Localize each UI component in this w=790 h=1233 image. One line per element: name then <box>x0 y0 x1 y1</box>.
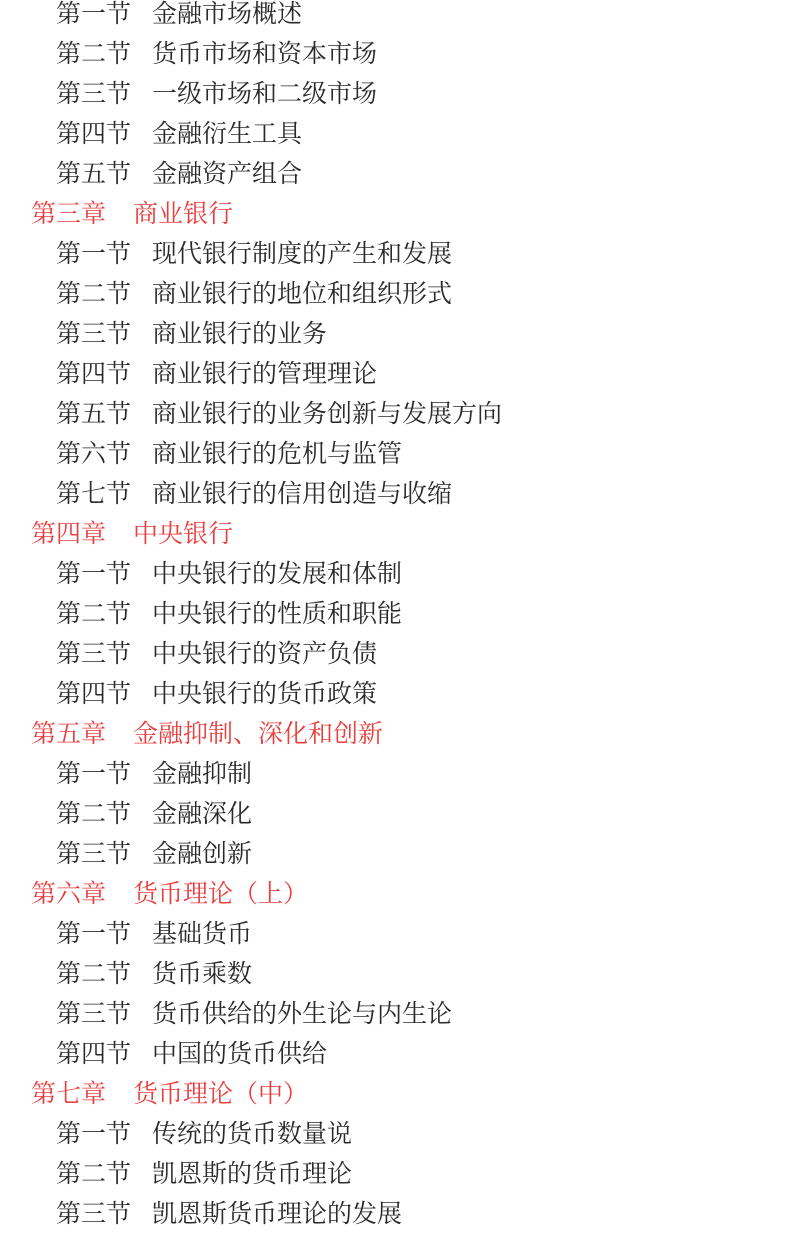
chapter-title: 货币理论（中） <box>133 1074 308 1114</box>
section-title: 金融资产组合 <box>152 154 302 194</box>
section-title: 一级市场和二级市场 <box>152 74 377 114</box>
section-title: 金融创新 <box>152 834 252 874</box>
toc-section-row: 第三节一级市场和二级市场 <box>0 74 790 114</box>
toc-section-row: 第四节商业银行的管理理论 <box>0 354 790 394</box>
toc-section-row: 第三节中央银行的资产负债 <box>0 634 790 674</box>
section-title: 基础货币 <box>152 914 252 954</box>
section-title: 商业银行的信用创造与收缩 <box>152 474 452 514</box>
section-number: 第三节 <box>56 634 131 674</box>
toc-section-row: 第二节货币乘数 <box>0 954 790 994</box>
chapter-title: 中央银行 <box>133 514 233 554</box>
chapter-number: 第四章 <box>31 514 106 554</box>
section-title: 中央银行的货币政策 <box>152 674 377 714</box>
toc-section-row: 第四节中央银行的货币政策 <box>0 674 790 714</box>
section-title: 现代银行制度的产生和发展 <box>152 234 452 274</box>
toc-section-row: 第六节商业银行的危机与监管 <box>0 434 790 474</box>
section-number: 第五节 <box>56 394 131 434</box>
section-number: 第二节 <box>56 34 131 74</box>
section-number: 第一节 <box>56 234 131 274</box>
toc-section-row: 第五节商业银行的业务创新与发展方向 <box>0 394 790 434</box>
toc-chapter-row: 第三章商业银行 <box>0 194 790 234</box>
section-title: 商业银行的业务创新与发展方向 <box>152 394 502 434</box>
section-number: 第二节 <box>56 954 131 994</box>
toc-chapter-row: 第六章货币理论（上） <box>0 874 790 914</box>
section-title: 金融市场概述 <box>152 0 302 34</box>
section-title: 金融抑制 <box>152 754 252 794</box>
section-title: 凯恩斯的货币理论 <box>152 1154 352 1194</box>
table-of-contents: 第一节金融市场概述第二节货币市场和资本市场第三节一级市场和二级市场第四节金融衍生… <box>0 0 790 1233</box>
toc-section-row: 第四节中国的货币供给 <box>0 1034 790 1074</box>
section-title: 金融深化 <box>152 794 252 834</box>
toc-section-row: 第一节中央银行的发展和体制 <box>0 554 790 594</box>
chapter-number: 第三章 <box>31 194 106 234</box>
section-title: 货币市场和资本市场 <box>152 34 377 74</box>
toc-section-row: 第三节货币供给的外生论与内生论 <box>0 994 790 1034</box>
section-title: 商业银行的管理理论 <box>152 354 377 394</box>
section-number: 第三节 <box>56 314 131 354</box>
chapter-title: 货币理论（上） <box>133 874 308 914</box>
section-title: 货币供给的外生论与内生论 <box>152 994 452 1034</box>
section-number: 第一节 <box>56 0 131 34</box>
toc-section-row: 第一节金融抑制 <box>0 754 790 794</box>
toc-chapter-row: 第四章中央银行 <box>0 514 790 554</box>
toc-section-row: 第四节金融衍生工具 <box>0 114 790 154</box>
chapter-number: 第五章 <box>31 714 106 754</box>
toc-section-row: 第二节货币市场和资本市场 <box>0 34 790 74</box>
section-number: 第三节 <box>56 1194 131 1233</box>
section-number: 第四节 <box>56 1034 131 1074</box>
section-number: 第二节 <box>56 794 131 834</box>
section-number: 第二节 <box>56 274 131 314</box>
chapter-number: 第七章 <box>31 1074 106 1114</box>
toc-section-row: 第一节基础货币 <box>0 914 790 954</box>
section-title: 商业银行的业务 <box>152 314 327 354</box>
section-number: 第七节 <box>56 474 131 514</box>
section-number: 第三节 <box>56 834 131 874</box>
toc-chapter-row: 第七章货币理论（中） <box>0 1074 790 1114</box>
toc-section-row: 第二节凯恩斯的货币理论 <box>0 1154 790 1194</box>
chapter-title: 商业银行 <box>133 194 233 234</box>
toc-section-row: 第七节商业银行的信用创造与收缩 <box>0 474 790 514</box>
section-number: 第一节 <box>56 554 131 594</box>
section-title: 中央银行的发展和体制 <box>152 554 402 594</box>
toc-section-row: 第二节中央银行的性质和职能 <box>0 594 790 634</box>
toc-section-row: 第一节金融市场概述 <box>0 0 790 34</box>
section-title: 中央银行的性质和职能 <box>152 594 402 634</box>
section-number: 第二节 <box>56 1154 131 1194</box>
section-title: 中国的货币供给 <box>152 1034 327 1074</box>
toc-section-row: 第二节商业银行的地位和组织形式 <box>0 274 790 314</box>
toc-section-row: 第五节金融资产组合 <box>0 154 790 194</box>
section-number: 第四节 <box>56 114 131 154</box>
section-number: 第四节 <box>56 354 131 394</box>
section-title: 中央银行的资产负债 <box>152 634 377 674</box>
toc-section-row: 第三节商业银行的业务 <box>0 314 790 354</box>
section-title: 传统的货币数量说 <box>152 1114 352 1154</box>
section-title: 商业银行的危机与监管 <box>152 434 402 474</box>
section-number: 第一节 <box>56 1114 131 1154</box>
toc-section-row: 第一节传统的货币数量说 <box>0 1114 790 1154</box>
section-number: 第五节 <box>56 154 131 194</box>
section-title: 凯恩斯货币理论的发展 <box>152 1194 402 1233</box>
section-number: 第六节 <box>56 434 131 474</box>
toc-chapter-row: 第五章金融抑制、深化和创新 <box>0 714 790 754</box>
section-title: 货币乘数 <box>152 954 252 994</box>
section-number: 第二节 <box>56 594 131 634</box>
chapter-number: 第六章 <box>31 874 106 914</box>
section-number: 第四节 <box>56 674 131 714</box>
toc-section-row: 第一节现代银行制度的产生和发展 <box>0 234 790 274</box>
section-title: 商业银行的地位和组织形式 <box>152 274 452 314</box>
section-number: 第一节 <box>56 754 131 794</box>
chapter-title: 金融抑制、深化和创新 <box>133 714 383 754</box>
section-number: 第三节 <box>56 994 131 1034</box>
toc-section-row: 第三节金融创新 <box>0 834 790 874</box>
section-title: 金融衍生工具 <box>152 114 302 154</box>
section-number: 第一节 <box>56 914 131 954</box>
toc-section-row: 第二节金融深化 <box>0 794 790 834</box>
section-number: 第三节 <box>56 74 131 114</box>
toc-section-row: 第三节凯恩斯货币理论的发展 <box>0 1194 790 1233</box>
